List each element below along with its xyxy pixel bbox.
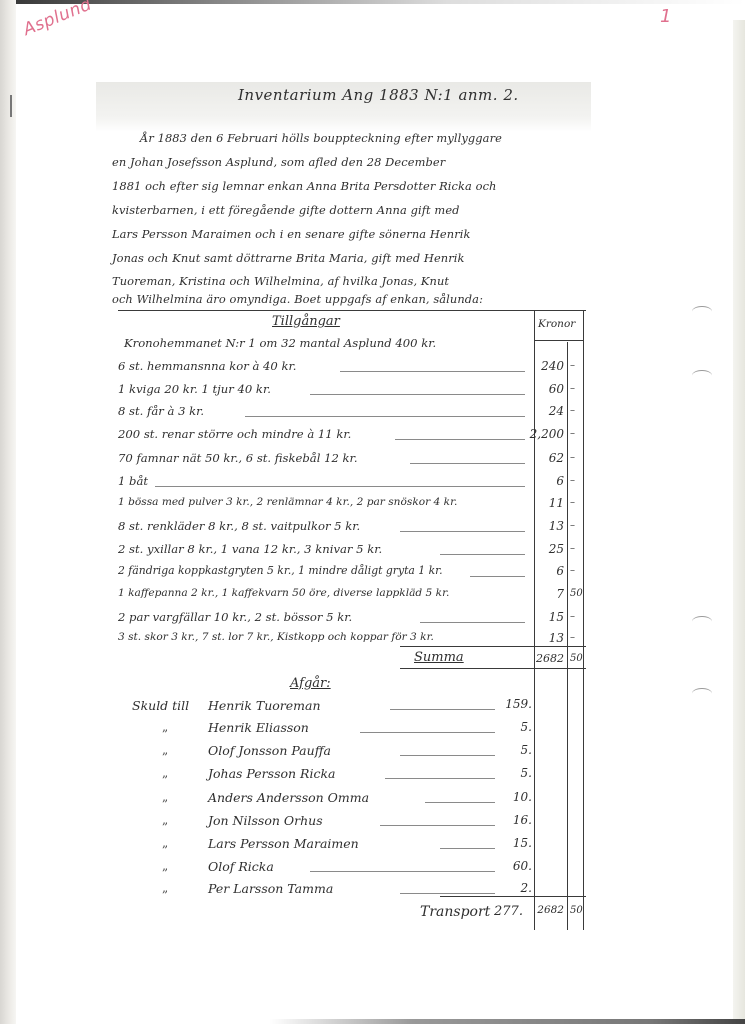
surname-annotation: Asplund (21, 0, 95, 40)
asset-row: 1 kaffepanna 2 kr., 1 kaffekvarn 50 öre,… (118, 587, 449, 599)
binding-mark (10, 95, 12, 117)
asset-row: 2 fändriga koppkastgryten 5 kr., 1 mindr… (118, 564, 443, 577)
debt-amount: 2. (492, 881, 532, 895)
intro-line: kvisterbarnen, i ett föregående gifte do… (112, 203, 460, 217)
document-title: Inventarium Ang 1883 N:1 anm. 2. (238, 86, 519, 104)
debt-name: Henrik Tuoreman (208, 698, 321, 713)
total-label: Summa (414, 650, 464, 665)
debt-amount: 10. (492, 790, 532, 804)
binder-hole-icon (692, 616, 712, 627)
debt-name: Henrik Eliasson (208, 720, 309, 735)
fill-line (310, 394, 525, 395)
asset-ore: – (570, 428, 586, 439)
ditto-mark: „ (162, 881, 168, 895)
asset-kronor: 25 (516, 542, 564, 556)
fill-line (390, 709, 495, 710)
fill-line (155, 486, 525, 487)
ditto-mark: „ (162, 766, 168, 780)
kronor-column-header: Kronor (538, 318, 575, 330)
asset-ore: – (570, 611, 586, 622)
binder-hole-icon (692, 688, 712, 699)
carry-kronor: 2682 (516, 904, 564, 916)
fill-line (400, 531, 525, 532)
debt-label: Skuld till (132, 698, 189, 713)
asset-kronor: 240 (516, 359, 564, 373)
asset-kronor: 24 (516, 404, 564, 418)
fill-line (340, 371, 525, 372)
fill-line (400, 755, 495, 756)
debt-amount: 159. (492, 697, 532, 711)
asset-kronor: 15 (516, 610, 564, 624)
transport-label: Transport (420, 904, 490, 920)
asset-ore: – (570, 383, 586, 394)
page-number-annotation: 1 (660, 6, 671, 27)
asset-ore: – (570, 632, 586, 643)
asset-ore: 50 (570, 588, 586, 599)
fill-line (245, 416, 525, 417)
transport-rule (440, 896, 586, 897)
asset-kronor: 11 (516, 496, 564, 510)
sum-bottom-rule (400, 668, 586, 669)
ditto-mark: „ (162, 720, 168, 734)
debt-amount: 5. (492, 766, 532, 780)
debt-name: Per Larsson Tamma (208, 881, 333, 896)
total-kronor: 2682 (516, 652, 564, 665)
intro-line: Lars Persson Maraimen och i en senare gi… (112, 227, 470, 241)
asset-kronor: 6 (516, 474, 564, 488)
ditto-mark: „ (162, 790, 168, 804)
asset-ore: – (570, 360, 586, 371)
fill-line (395, 439, 525, 440)
asset-kronor: 2,200 (516, 427, 564, 441)
asset-kronor: 13 (516, 631, 564, 645)
asset-ore: – (570, 565, 586, 576)
asset-kronor: 6 (516, 564, 564, 578)
debt-name: Olof Ricka (208, 859, 274, 874)
debt-name: Johas Persson Ricka (208, 766, 335, 781)
fill-line (410, 463, 525, 464)
asset-ore: – (570, 497, 586, 508)
ditto-mark: „ (162, 836, 168, 850)
intro-line: Jonas och Knut samt döttrarne Brita Mari… (112, 251, 465, 265)
asset-ore: – (570, 520, 586, 531)
asset-row: Kronohemmanet N:r 1 om 32 mantal Asplund… (124, 336, 436, 350)
debt-name: Lars Persson Maraimen (208, 836, 359, 851)
fill-line (440, 554, 525, 555)
asset-row: 200 st. renar större och mindre à 11 kr. (118, 427, 351, 441)
asset-kronor: 62 (516, 451, 564, 465)
asset-row: 2 st. yxillar 8 kr., 1 vana 12 kr., 3 kn… (118, 542, 382, 556)
debts-heading: Afgår: (290, 676, 331, 691)
fill-line (385, 778, 495, 779)
asset-row: 1 kviga 20 kr. 1 tjur 40 kr. (118, 382, 271, 396)
total-ore: 50 (570, 653, 586, 664)
debt-name: Anders Andersson Omma (208, 790, 369, 805)
asset-row: 1 bössa med pulver 3 kr., 2 renlämnar 4 … (118, 496, 457, 508)
intro-line: År 1883 den 6 Februari hölls bouppteckni… (140, 131, 502, 145)
asset-row: 3 st. skor 3 kr., 7 st. lor 7 kr., Kistk… (118, 631, 434, 643)
fill-line (400, 893, 495, 894)
asset-row: 70 famnar nät 50 kr., 6 st. fiskebål 12 … (118, 451, 358, 465)
asset-ore: – (570, 452, 586, 463)
ditto-mark: „ (162, 813, 168, 827)
debt-amount: 60. (492, 859, 532, 873)
intro-line: 1881 och efter sig lemnar enkan Anna Bri… (112, 179, 497, 193)
fill-line (380, 825, 495, 826)
intro-line: och Wilhelmina äro omyndiga. Boet uppgaf… (112, 292, 483, 306)
asset-ore: – (570, 405, 586, 416)
asset-kronor: 13 (516, 519, 564, 533)
fill-line (420, 622, 525, 623)
ledger-top-rule (118, 310, 586, 311)
fill-line (310, 871, 495, 872)
column-header-rule (534, 340, 584, 341)
ditto-mark: „ (162, 859, 168, 873)
ditto-mark: „ (162, 743, 168, 757)
debt-name: Olof Jonsson Pauffa (208, 743, 331, 758)
asset-row: 8 st. får à 3 kr. (118, 404, 204, 418)
asset-row: 8 st. renkläder 8 kr., 8 st. vaitpulkor … (118, 519, 360, 533)
asset-row: 2 par vargfällar 10 kr., 2 st. bössor 5 … (118, 610, 352, 624)
fill-line (360, 732, 495, 733)
carry-ore: 50 (570, 905, 586, 916)
fill-line (425, 802, 495, 803)
scan-top-edge (0, 0, 745, 4)
asset-ore: – (570, 543, 586, 554)
asset-row: 6 st. hemmansnna kor à 40 kr. (118, 359, 296, 373)
binder-hole-icon (692, 370, 712, 381)
intro-line: Tuoreman, Kristina och Wilhelmina, af hv… (112, 274, 449, 288)
asset-kronor: 60 (516, 382, 564, 396)
debt-amount: 5. (492, 720, 532, 734)
intro-line: en Johan Josefsson Asplund, som afled de… (112, 155, 445, 169)
scan-left-edge (0, 0, 16, 1024)
scan-right-edge (733, 20, 745, 1020)
asset-row: 1 båt (118, 474, 148, 488)
fill-line (440, 848, 495, 849)
debt-name: Jon Nilsson Orhus (208, 813, 323, 828)
scan-bottom-edge (270, 1019, 745, 1024)
debt-amount: 15. (492, 836, 532, 850)
assets-heading: Tillgångar (272, 314, 340, 329)
asset-ore: – (570, 475, 586, 486)
sum-rule (400, 646, 586, 647)
debt-amount: 16. (492, 813, 532, 827)
binder-hole-icon (692, 306, 712, 317)
debt-amount: 5. (492, 743, 532, 757)
asset-kronor: 7 (516, 587, 564, 601)
ore-column-rule (567, 342, 568, 930)
